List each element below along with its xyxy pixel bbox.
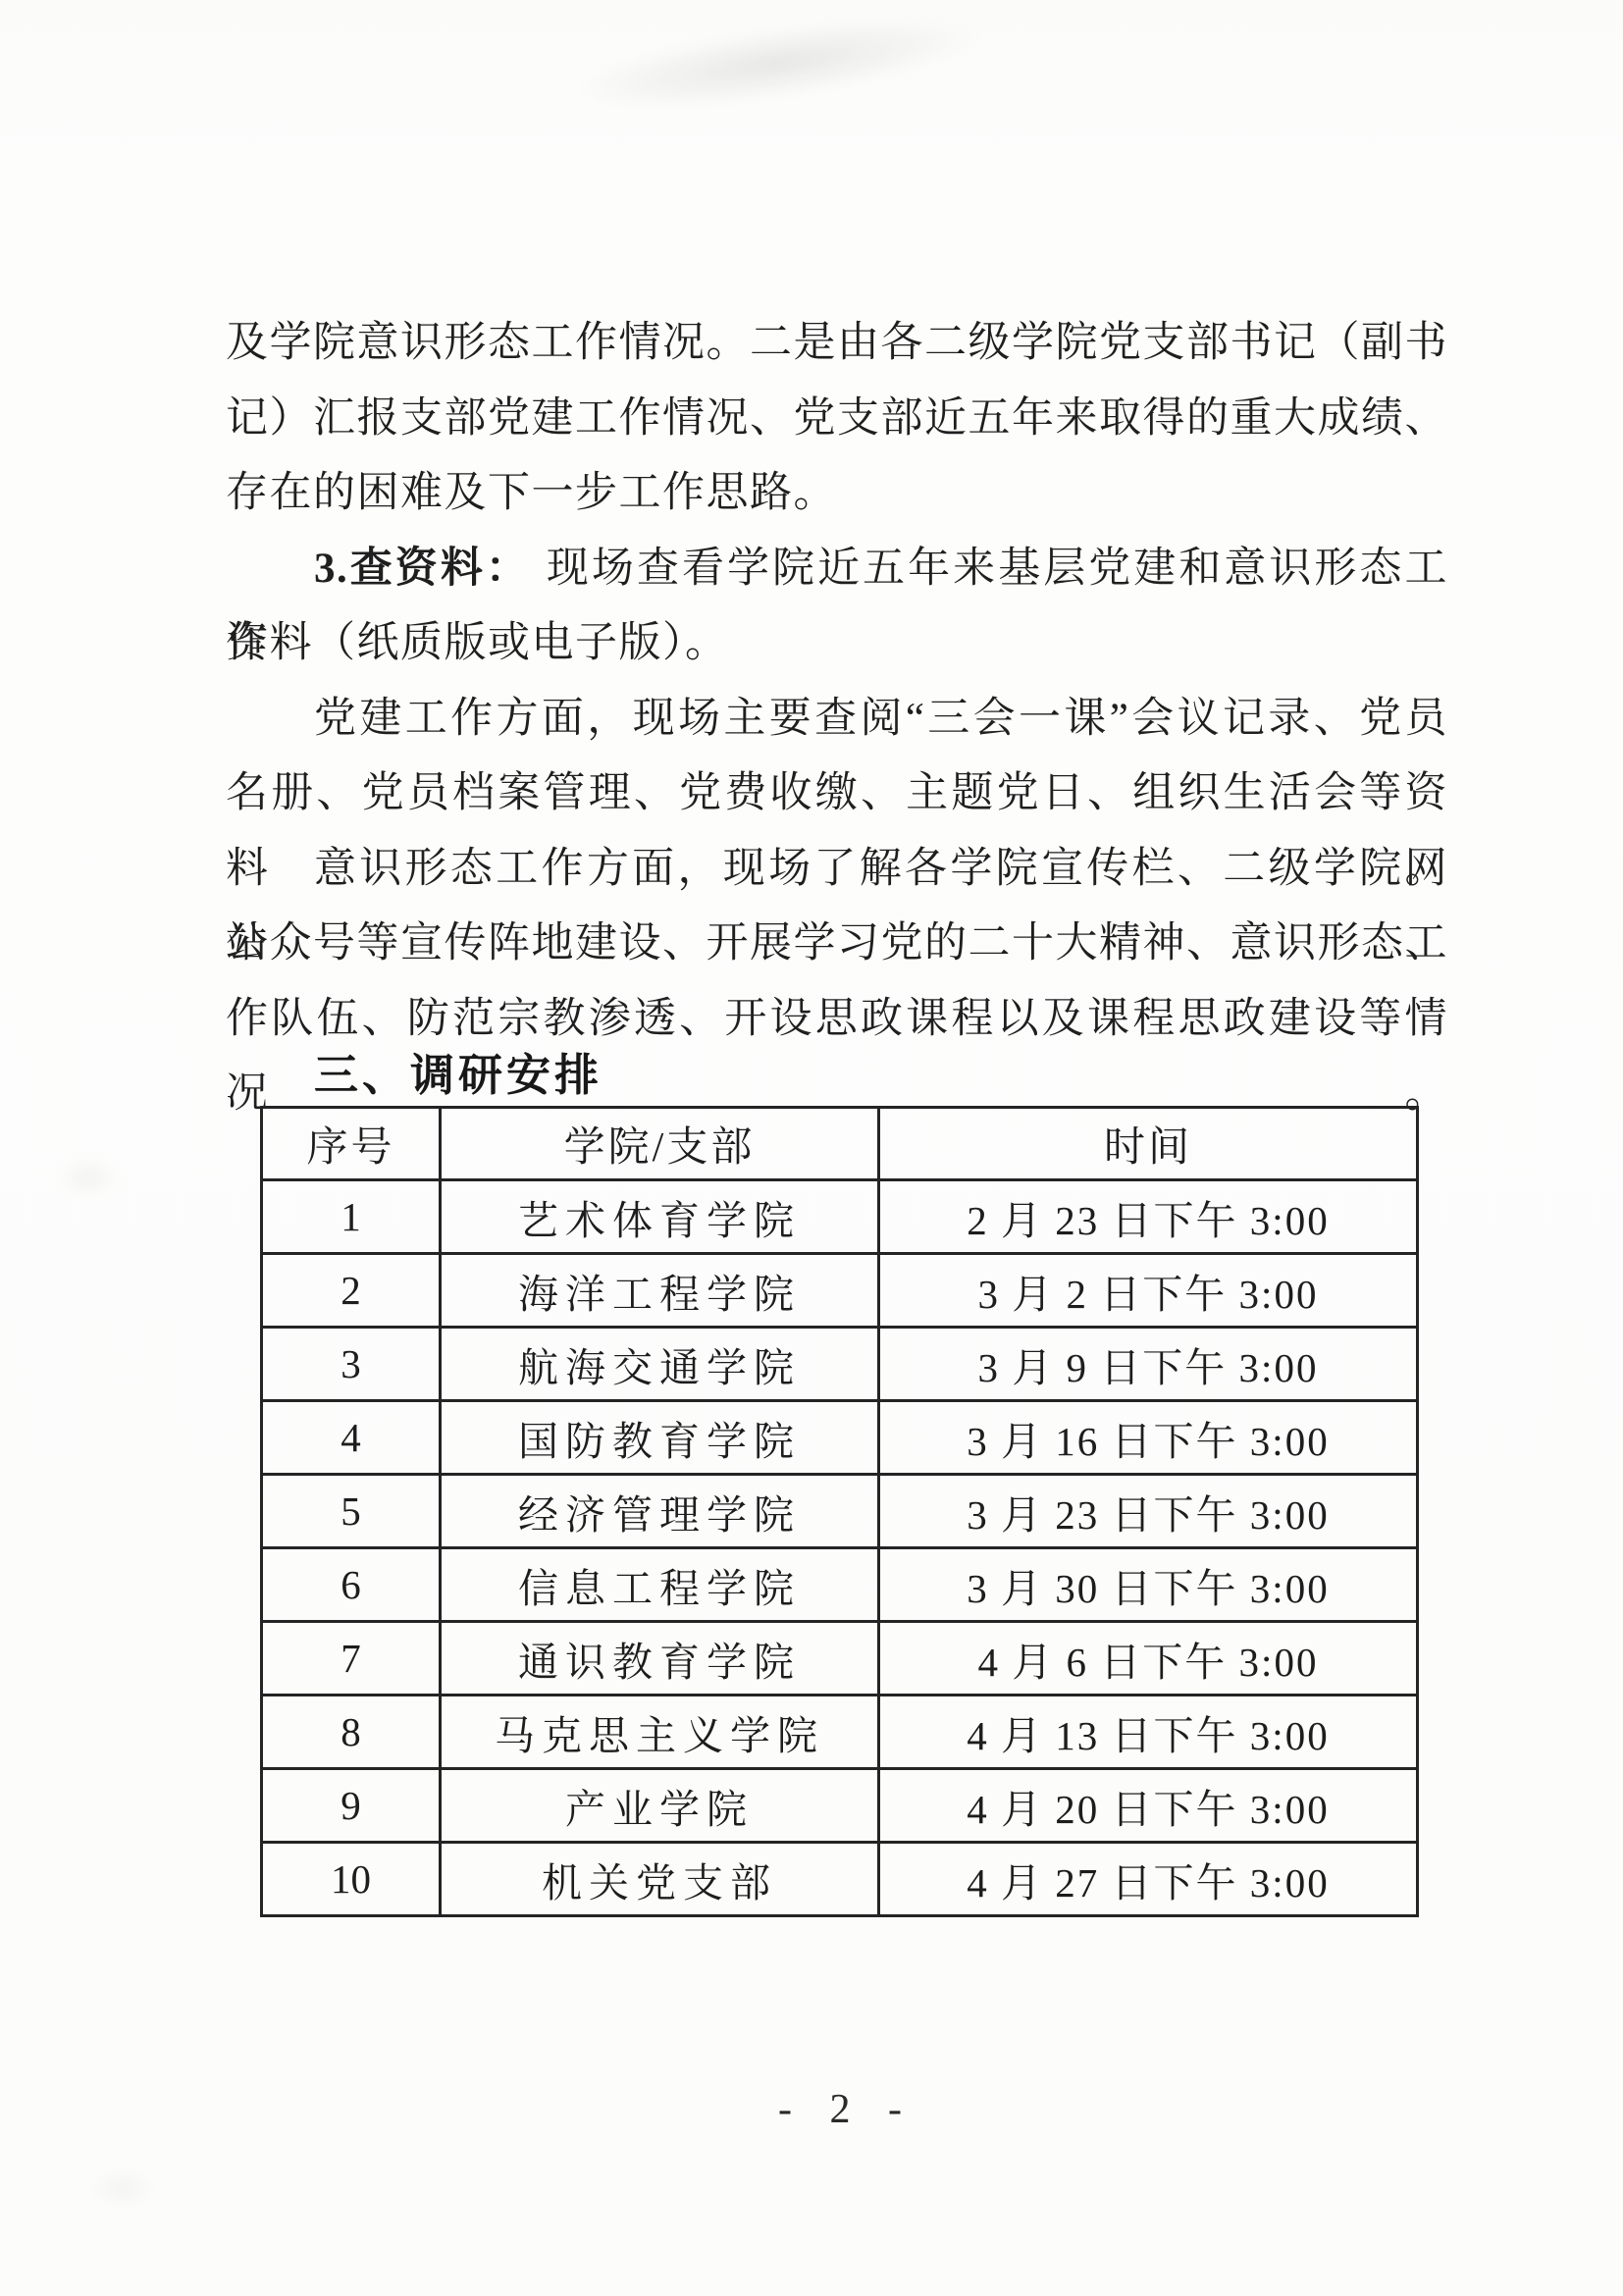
text-line: 记）汇报支部党建工作情况、党支部近五年来取得的重大成绩、	[226, 382, 1448, 457]
cell-college: 产业学院	[441, 1769, 879, 1843]
table-row: 10 机关党支部 4 月 27 日下午 3:00	[262, 1843, 1418, 1916]
text-line: 资料（纸质版或电子版）。	[226, 606, 1448, 682]
cell-college: 信息工程学院	[441, 1548, 879, 1622]
cell-no: 10	[262, 1843, 441, 1916]
table-row: 7 通识教育学院 4 月 6 日下午 3:00	[262, 1622, 1418, 1696]
cell-no: 5	[262, 1475, 441, 1548]
text-line: 作队伍、防范宗教渗透、开设思政课程以及课程思政建设等情况。	[226, 982, 1448, 1058]
text-line: 3.查资料：现场查看学院近五年来基层党建和意识形态工作	[226, 532, 1448, 607]
table-header-row: 序号 学院/支部 时间	[262, 1108, 1418, 1180]
cell-time: 4 月 27 日下午 3:00	[879, 1843, 1418, 1916]
table-row: 1 艺术体育学院 2 月 23 日下午 3:00	[262, 1180, 1418, 1254]
cell-no: 4	[262, 1401, 441, 1475]
text-line: 党建工作方面，现场主要查阅“三会一课”会议记录、党员	[226, 682, 1448, 757]
scan-artifact	[566, 1, 984, 127]
table-row: 8 马克思主义学院 4 月 13 日下午 3:00	[262, 1696, 1418, 1769]
cell-no: 2	[262, 1254, 441, 1328]
cell-time: 4 月 20 日下午 3:00	[879, 1769, 1418, 1843]
text-line: 及学院意识形态工作情况。二是由各二级学院党支部书记（副书	[226, 306, 1448, 382]
cell-college: 国防教育学院	[441, 1401, 879, 1475]
text-line: 意识形态工作方面，现场了解各学院宣传栏、二级学院网站、	[226, 832, 1448, 908]
cell-college: 航海交通学院	[441, 1328, 879, 1401]
scan-artifact	[59, 1158, 118, 1197]
cell-time: 3 月 23 日下午 3:00	[879, 1475, 1418, 1548]
table-row: 5 经济管理学院 3 月 23 日下午 3:00	[262, 1475, 1418, 1548]
cell-time: 2 月 23 日下午 3:00	[879, 1180, 1418, 1254]
section-heading: 三、调研安排	[314, 1050, 602, 1101]
cell-no: 6	[262, 1548, 441, 1622]
cell-no: 9	[262, 1769, 441, 1843]
cell-college: 马克思主义学院	[441, 1696, 879, 1769]
column-header-time: 时间	[879, 1108, 1418, 1180]
cell-time: 3 月 30 日下午 3:00	[879, 1548, 1418, 1622]
document-page: 及学院意识形态工作情况。二是由各二级学院党支部书记（副书 记）汇报支部党建工作情…	[0, 0, 1623, 2296]
table-row: 2 海洋工程学院 3 月 2 日下午 3:00	[262, 1254, 1418, 1328]
schedule-table: 序号 学院/支部 时间 1 艺术体育学院 2 月 23 日下午 3:00 2 海…	[260, 1106, 1419, 1917]
page-number: - 2 -	[35, 2086, 1623, 2133]
cell-no: 1	[262, 1180, 441, 1254]
cell-college: 通识教育学院	[441, 1622, 879, 1696]
bold-lead-label: 3.查资料：	[314, 546, 531, 592]
cell-time: 3 月 16 日下午 3:00	[879, 1401, 1418, 1475]
cell-no: 3	[262, 1328, 441, 1401]
cell-college: 艺术体育学院	[441, 1180, 879, 1254]
text-line: 存在的困难及下一步工作思路。	[226, 456, 1448, 532]
cell-time: 4 月 13 日下午 3:00	[879, 1696, 1418, 1769]
cell-time: 3 月 9 日下午 3:00	[879, 1328, 1418, 1401]
cell-time: 4 月 6 日下午 3:00	[879, 1622, 1418, 1696]
table-row: 6 信息工程学院 3 月 30 日下午 3:00	[262, 1548, 1418, 1622]
cell-college: 机关党支部	[441, 1843, 879, 1916]
cell-time: 3 月 2 日下午 3:00	[879, 1254, 1418, 1328]
column-header-college: 学院/支部	[441, 1108, 879, 1180]
cell-no: 8	[262, 1696, 441, 1769]
column-header-no: 序号	[262, 1108, 441, 1180]
body-text: 及学院意识形态工作情况。二是由各二级学院党支部书记（副书 记）汇报支部党建工作情…	[226, 306, 1448, 1057]
table-row: 4 国防教育学院 3 月 16 日下午 3:00	[262, 1401, 1418, 1475]
cell-college: 经济管理学院	[441, 1475, 879, 1548]
text-line: 公众号等宣传阵地建设、开展学习党的二十大精神、意识形态工	[226, 907, 1448, 982]
cell-college: 海洋工程学院	[441, 1254, 879, 1328]
table-row: 9 产业学院 4 月 20 日下午 3:00	[262, 1769, 1418, 1843]
text-line: 名册、党员档案管理、党费收缴、主题党日、组织生活会等资料。	[226, 757, 1448, 832]
table-row: 3 航海交通学院 3 月 9 日下午 3:00	[262, 1328, 1418, 1401]
cell-no: 7	[262, 1622, 441, 1696]
scan-artifact	[88, 2168, 157, 2208]
